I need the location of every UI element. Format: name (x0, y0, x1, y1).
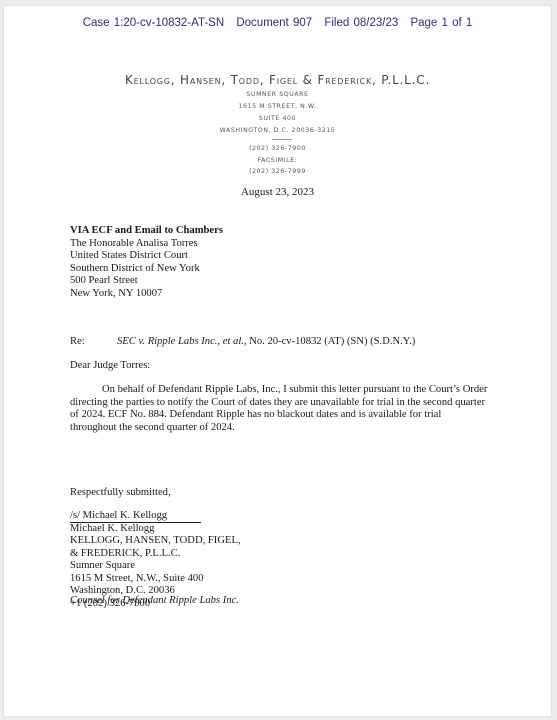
letter-date: August 23, 2023 (4, 186, 551, 199)
recipient-block: VIA ECF and Email to Chambers The Honora… (70, 225, 223, 300)
signature-line: 1615 M Street, N.W., Suite 400 (70, 573, 241, 586)
ecf-header-stamp: Case 1:20-cv-10832-AT-SN Document 907 Fi… (4, 17, 551, 29)
signature-line: Michael K. Kellogg (70, 523, 241, 536)
letterhead-fax-label: Facsimile: (4, 157, 551, 164)
recipient-line: The Honorable Analisa Torres (70, 238, 223, 251)
signature-line: KELLOGG, HANSEN, TODD, FIGEL, (70, 535, 241, 548)
body-paragraph: On behalf of Defendant Ripple Labs, Inc.… (70, 384, 490, 434)
case-caption: SEC v. Ripple Labs Inc., et al. (117, 336, 244, 347)
letterhead-firm-name: Kellogg, Hansen, Todd, Figel & Frederick… (4, 73, 551, 87)
electronic-signature: /s/ Michael K. Kellogg (70, 510, 201, 523)
re-label: Re: (70, 336, 117, 349)
case-number: Case 1:20-cv-10832-AT-SN (83, 17, 224, 29)
document-number: Document 907 (236, 17, 312, 29)
delivery-method: VIA ECF and Email to Chambers (70, 225, 223, 238)
recipient-line: United States District Court (70, 250, 223, 263)
letterhead-address-line: 1615 M Street, N.W. (4, 103, 551, 110)
body-text: On behalf of Defendant Ripple Labs, Inc.… (70, 384, 487, 433)
recipient-line: 500 Pearl Street (70, 275, 223, 288)
signature-line: & FREDERICK, P.L.L.C. (70, 548, 241, 561)
recipient-line: New York, NY 10007 (70, 288, 223, 301)
letterhead-fax: (202) 326-7999 (4, 168, 551, 175)
salutation: Dear Judge Torres: (70, 360, 150, 373)
letterhead-address-line: Suite 400 (4, 115, 551, 122)
letterhead-phone: (202) 326-7900 (4, 145, 551, 152)
page-count: Page 1 of 1 (410, 17, 472, 29)
document-page: Case 1:20-cv-10832-AT-SN Document 907 Fi… (3, 5, 552, 717)
letterhead-address-line: Sumner Square (4, 91, 551, 98)
closing: Respectfully submitted, (70, 487, 171, 500)
re-line: Re:SEC v. Ripple Labs Inc., et al., No. … (70, 336, 415, 349)
signature-line: Sumner Square (70, 560, 241, 573)
letterhead-address-line: Washington, D.C. 20036-3215 (4, 127, 551, 134)
letterhead-divider (272, 139, 292, 140)
case-citation: , No. 20-cv-10832 (AT) (SN) (S.D.N.Y.) (244, 336, 415, 347)
filed-date: Filed 08/23/23 (324, 17, 398, 29)
recipient-line: Southern District of New York (70, 263, 223, 276)
counsel-for: Counsel for Defendant Ripple Labs Inc. (70, 595, 239, 608)
